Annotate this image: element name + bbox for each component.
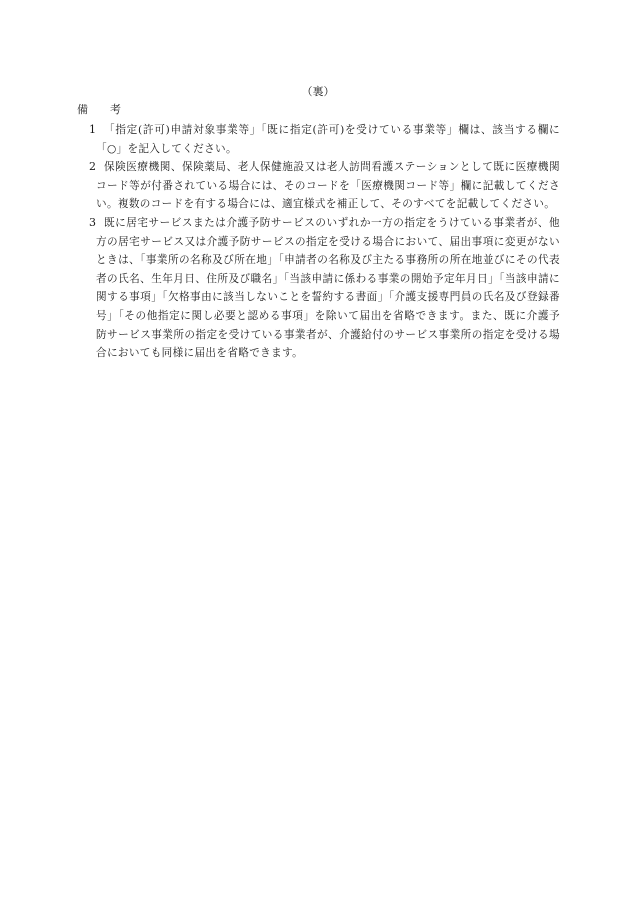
remarks-item-2: 2 保険医療機関、保険薬局、老人保健施設又は老人訪問看護ステーションとして既に医… — [86, 158, 560, 214]
remarks-heading: 備考 — [77, 102, 121, 118]
item-text: 保険医療機関、保険薬局、老人保健施設又は老人訪問看護ステーションとして既に医療機… — [96, 158, 560, 214]
remarks-item-3: 3 既に居宅サービスまたは介護予防サービスのいずれか一方の指定をうけている事業者… — [86, 214, 560, 363]
item-text: 「指定(許可)申請対象事業等」「既に指定(許可)を受けている事業等」欄は、該当す… — [96, 121, 560, 158]
item-text: 既に居宅サービスまたは介護予防サービスのいずれか一方の指定をうけている事業者が、… — [96, 214, 560, 363]
page-title: （裏） — [0, 84, 630, 100]
remarks-item-1: 1 「指定(許可)申請対象事業等」「既に指定(許可)を受けている事業等」欄は、該… — [86, 121, 560, 158]
remarks-list: 1 「指定(許可)申請対象事業等」「既に指定(許可)を受けている事業等」欄は、該… — [86, 121, 560, 363]
remarks-heading-char-2: 考 — [110, 103, 121, 116]
remarks-heading-char-1: 備 — [77, 103, 88, 116]
item-number: 1 — [89, 121, 96, 140]
item-number: 2 — [89, 158, 96, 177]
item-number: 3 — [89, 214, 96, 233]
